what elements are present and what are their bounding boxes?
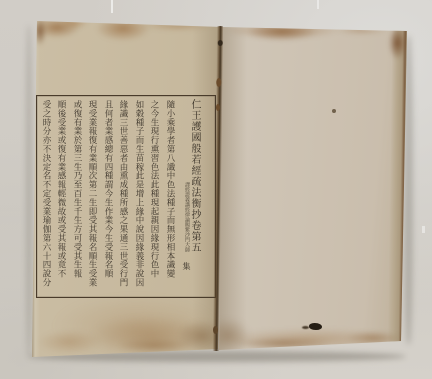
attribution-column: 譯經證義講經律論賜紫沙門大師 [178, 182, 192, 252]
photo-scene: 仁王護國般若經疏法衡抄卷第五 譯經證義講經律論賜紫沙門大師 集 隨小乘學者第八識… [0, 0, 432, 379]
fold-spot [216, 78, 221, 87]
stain [142, 20, 214, 31]
text-column: 如穀種子而生苗稼此是增上緣中說因緣義非說因 [132, 100, 146, 287]
fold-spot [213, 326, 218, 334]
ink-spot-tail [302, 326, 309, 329]
stain [389, 27, 406, 59]
stain [96, 16, 150, 41]
text-column: 受之時分亦不決定名不定受業瑜伽第六十四說分 [39, 100, 53, 287]
text-column: 順後受業或復有業感報輕微故或受其報或竟不 [54, 100, 68, 278]
stain [248, 23, 316, 41]
text-column: 緣識三世善惡者由熏成種所感之果通三世受行門 [116, 100, 130, 287]
compiler-mark: 集 [179, 262, 193, 270]
fold-spot [216, 104, 220, 111]
text-column: 或復有業於第三生乃至百生千生方可受其生報 [70, 100, 84, 278]
right-page-gutter-shading [219, 24, 247, 354]
text-column: 且何者業感總有四種謂今生作業今生受報名順 [101, 100, 115, 278]
text-column: 之今生現行熏習色法此種現起親因緣現行色中 [147, 100, 161, 278]
stain [60, 16, 88, 29]
right-page-fore-edge [388, 29, 407, 343]
ink-spot [309, 323, 322, 330]
text-column: 隨小乘學者第八識中色法種子而無形相本識變 [163, 100, 177, 278]
text-block: 仁王護國般若經疏法衡抄卷第五 譯經證義講經律論賜紫沙門大師 集 隨小乘學者第八識… [36, 95, 216, 298]
text-column: 現受業報復有業順次第二生即受其報名順生受業 [85, 100, 99, 287]
stain [38, 330, 100, 354]
stain [335, 26, 387, 35]
stain [34, 18, 46, 45]
book: 仁王護國般若經疏法衡抄卷第五 譯經證義講經律論賜紫沙門大師 集 隨小乘學者第八識… [0, 0, 432, 379]
stain [346, 331, 400, 345]
fold-spot [218, 40, 223, 46]
speck [332, 109, 336, 113]
